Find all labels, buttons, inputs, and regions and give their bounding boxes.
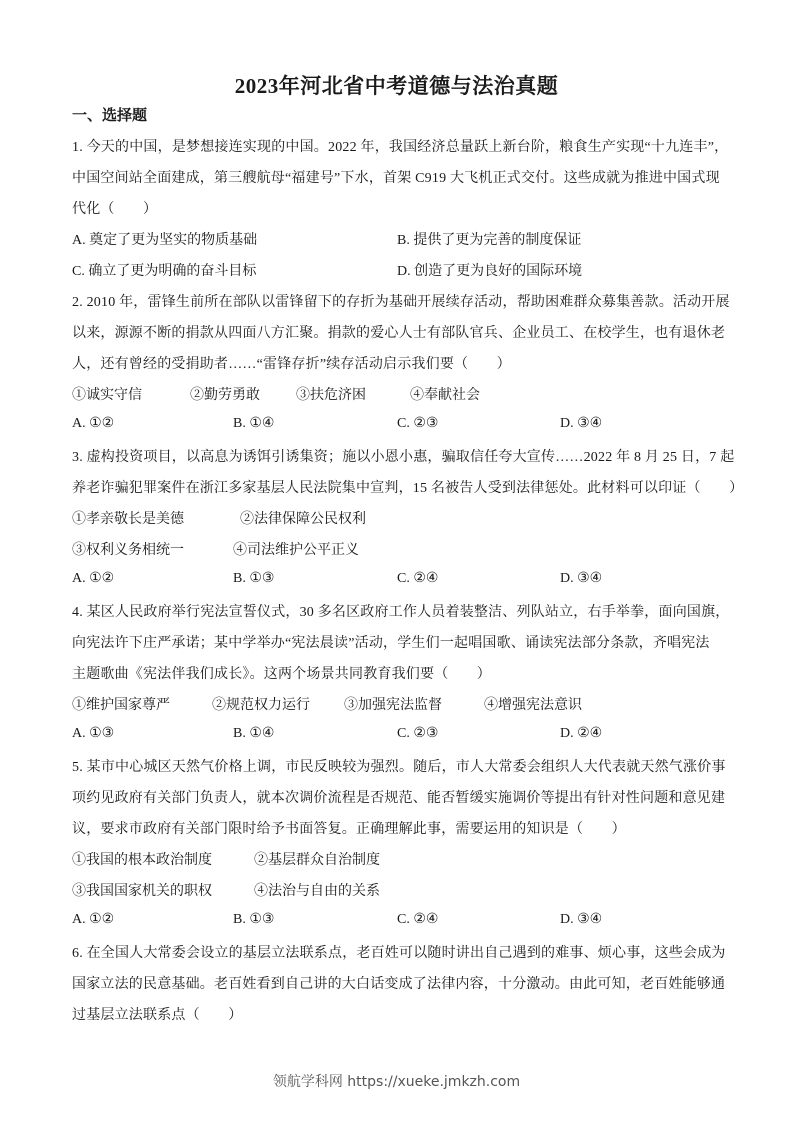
question-text-line: 国家立法的民意基础。老百姓看到自己讲的大白话变成了法律内容，十分激动。由此可知，… [72,973,725,993]
option-d: D. ③④ [560,911,602,928]
statement-3: ③扶危济困 [296,384,366,404]
question-text-line: 5. 某市中心城区天然气价格上调，市民反映较为强烈。随后，市人大常委会组织人大代… [72,756,726,776]
option-a: A. 奠定了更为坚实的物质基础 [72,229,257,249]
option-a: A. ①② [72,911,114,928]
option-c: C. ②③ [397,725,438,742]
option-c: C. ②④ [397,911,438,928]
question-text-line: 项约见政府有关部门负责人，就本次调价流程是否规范、能否暂缓实施调价等提出有针对性… [72,787,725,807]
statement-1: ①维护国家尊严 [72,694,170,714]
option-a: A. ①③ [72,725,114,742]
statement-2: ②勤劳勇敢 [190,384,260,404]
option-b: B. ①④ [233,725,274,742]
question-text-line: 中国空间站全面建成，第三艘航母“福建号”下水，首架 C919 大飞机正式交付。这… [72,167,720,187]
section-heading: 一、选择题 [72,104,147,125]
statement-4: ④司法维护公平正义 [233,539,359,559]
page-title: 2023年河北省中考道德与法治真题 [0,70,793,100]
option-d: D. ③④ [560,570,602,587]
question-text-line: 议，要求市政府有关部门限时给予书面答复。正确理解此事，需要运用的知识是（ ） [72,818,626,838]
question-text-line: 过基层立法联系点（ ） [72,1004,242,1024]
question-text-line: 养老诈骗犯罪案件在浙江多家基层人民法院集中宣判，15 名被告人受到法律惩处。此材… [72,477,743,497]
question-text-line: 4. 某区人民政府举行宪法宣誓仪式，30 多名区政府工作人员着装整洁、列队站立，… [72,601,730,621]
question-text-line: 6. 在全国人大常委会设立的基层立法联系点，老百姓可以随时讲出自己遇到的难事、烦… [72,942,726,962]
footer-watermark: 领航学科网 https://xueke.jmkzh.com [0,1071,793,1091]
question-text-line: 人，还有曾经的受捐助者……“雷锋存折”续存活动启示我们要（ ） [72,353,511,373]
statement-3: ③加强宪法监督 [344,694,442,714]
option-c: C. 确立了更为明确的奋斗目标 [72,260,256,280]
option-c: C. ②④ [397,570,438,587]
option-a: A. ①② [72,415,114,432]
option-b: B. ①③ [233,911,274,928]
question-text-line: 代化（ ） [72,198,157,218]
question-text-line: 2. 2010 年，雷锋生前所在部队以雷锋留下的存折为基础开展续存活动，帮助困难… [72,291,730,311]
option-c: C. ②③ [397,415,438,432]
question-text-line: 3. 虚构投资项目，以高息为诱饵引诱集资；施以小恩小惠，骗取信任夸大宣传……20… [72,446,734,466]
statement-3: ③我国国家机关的职权 [72,880,212,900]
question-text-line: 以来，源源不断的捐款从四面八方汇聚。捐款的爱心人士有部队官兵、企业员工、在校学生… [72,322,725,342]
statement-4: ④法治与自由的关系 [254,880,380,900]
statement-2: ②基层群众自治制度 [254,849,380,869]
option-b: B. ①④ [233,415,274,432]
question-text-line: 向宪法许下庄严承诺；某中学举办“宪法晨读”活动，学生们一起唱国歌、诵读宪法部分条… [72,632,710,652]
option-d: D. 创造了更为良好的国际环境 [397,260,582,280]
statement-4: ④奉献社会 [410,384,480,404]
statement-1: ①诚实守信 [72,384,142,404]
statement-3: ③权利义务相统一 [72,539,184,559]
statement-2: ②法律保障公民权利 [240,508,366,528]
statement-1: ①孝亲敬长是美德 [72,508,184,528]
option-a: A. ①② [72,570,114,587]
option-d: D. ③④ [560,415,602,432]
statement-2: ②规范权力运行 [212,694,310,714]
option-b: B. ①③ [233,570,274,587]
option-b: B. 提供了更为完善的制度保证 [397,229,581,249]
option-d: D. ②④ [560,725,602,742]
question-text-line: 1. 今天的中国，是梦想接连实现的中国。2022 年，我国经济总量跃上新台阶，粮… [72,136,728,156]
statement-4: ④增强宪法意识 [484,694,582,714]
question-text-line: 主题歌曲《宪法伴我们成长》。这两个场景共同教育我们要（ ） [72,663,491,683]
statement-1: ①我国的根本政治制度 [72,849,212,869]
